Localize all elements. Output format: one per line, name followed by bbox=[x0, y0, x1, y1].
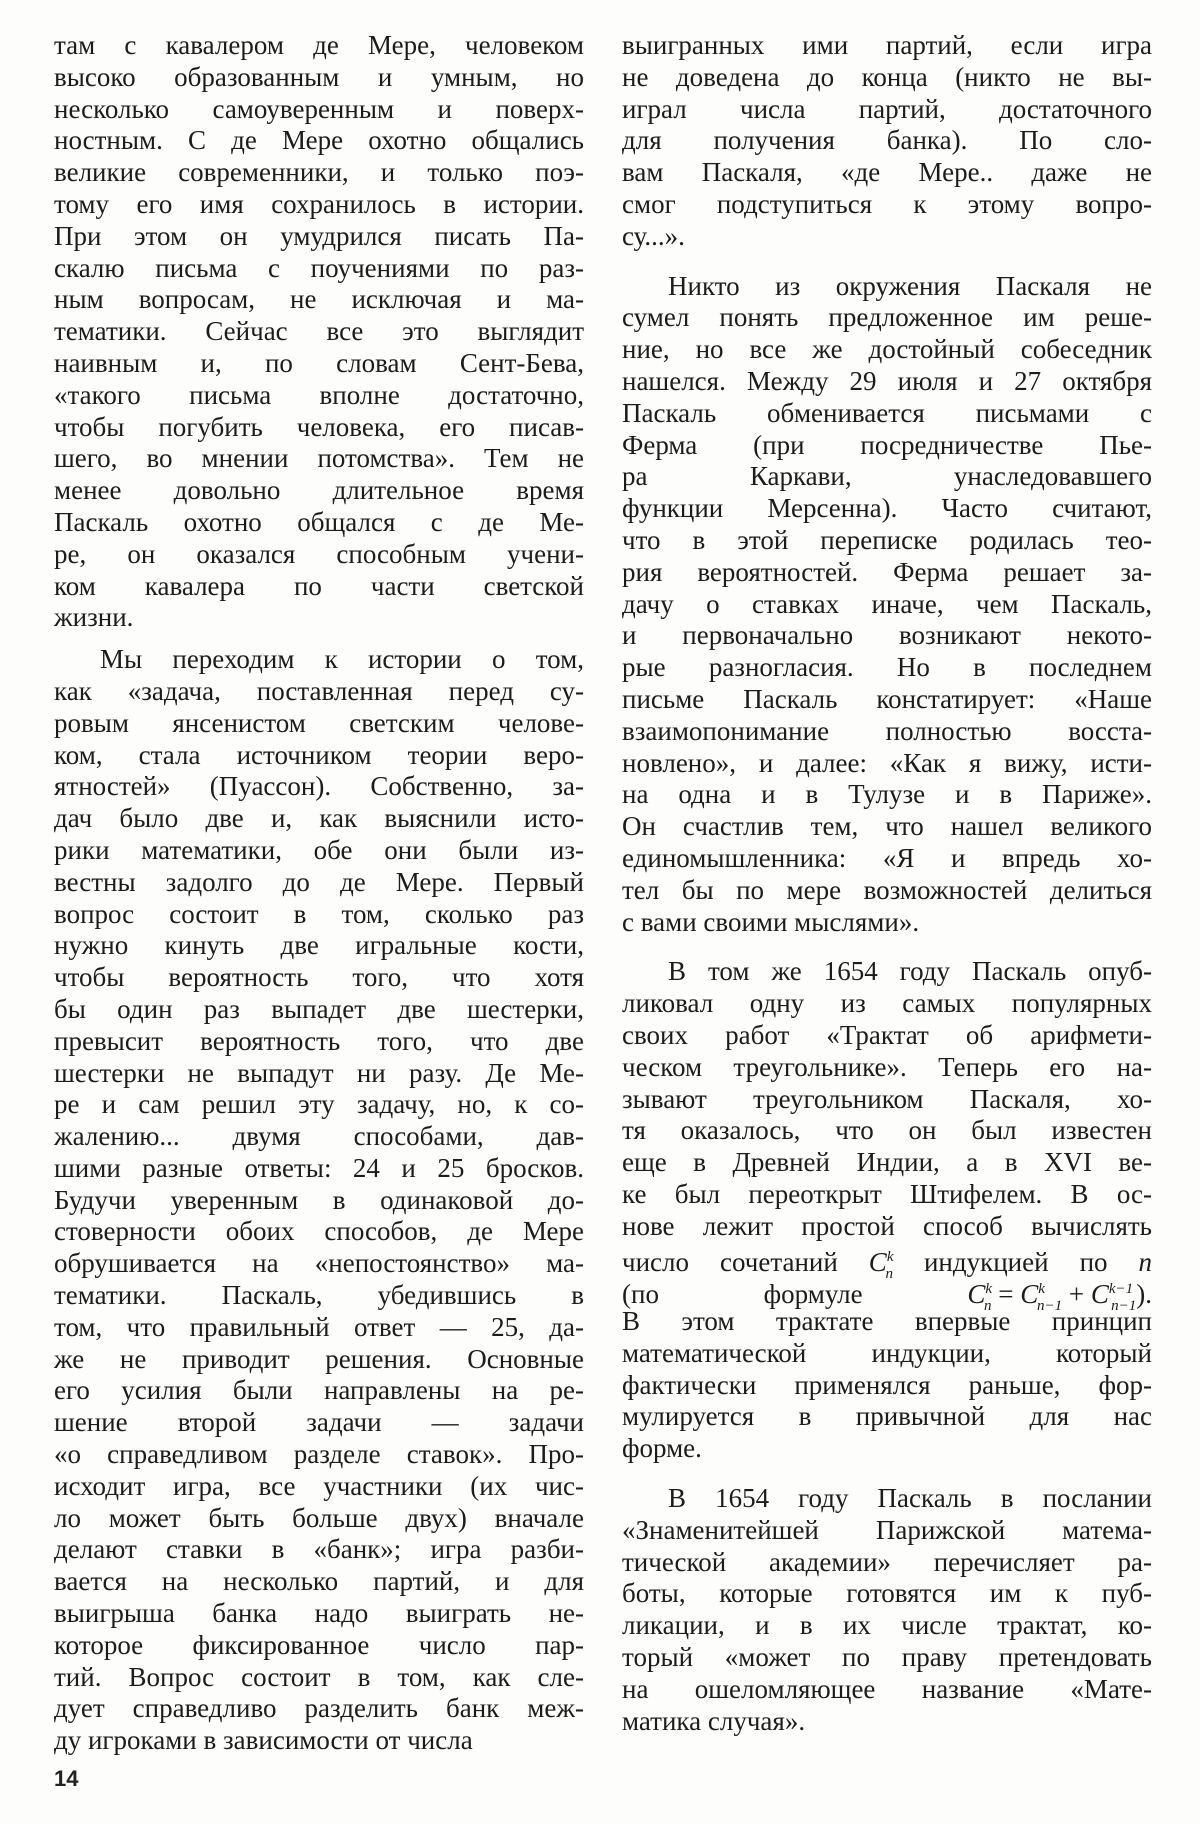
text-line: ду игроками в зависимости от числа bbox=[54, 1725, 584, 1757]
text-line: вопрос состоит в том, сколько раз bbox=[54, 899, 584, 931]
text-line: как «задача, поставленная перед су- bbox=[54, 676, 584, 708]
math-line-formula: (по формуле Ckn = Ckn−1 + Ck−1n−1). bbox=[622, 1274, 1152, 1306]
paragraph: выигранных ими партий, если игране довед… bbox=[622, 30, 1152, 253]
text-line: вестны задолго до де Мере. Первый bbox=[54, 867, 584, 899]
text-line: функции Мерсенна). Часто считают, bbox=[622, 493, 1152, 525]
paragraph: В том же 1654 году Паскаль опуб-ликовал … bbox=[622, 956, 1152, 1465]
text-line: су...». bbox=[622, 221, 1152, 253]
text-line: взаимопонимание полностью восста- bbox=[622, 716, 1152, 748]
combination-symbol: Ckn bbox=[869, 1247, 893, 1277]
text-line: Он счастлив тем, что нашел великого bbox=[622, 811, 1152, 843]
text-line: тической академии» перечисляет ра- bbox=[622, 1547, 1152, 1579]
text-line: «такого письма вполне достаточно, bbox=[54, 380, 584, 412]
math-line-combinations: число сочетаний Ckn индукцией по n bbox=[622, 1242, 1152, 1274]
paragraph: В 1654 году Паскаль в послании«Знамените… bbox=[622, 1483, 1152, 1737]
text-line: тий. Вопрос состоит в том, как сле- bbox=[54, 1662, 584, 1694]
text-line: тематики. Паскаль, убедившись в bbox=[54, 1280, 584, 1312]
text-line: стоверности обоих способов, де Мере bbox=[54, 1216, 584, 1248]
text-line: ком, стала источником теории веро- bbox=[54, 740, 584, 772]
text-line: бы один раз выпадет две шестерки, bbox=[54, 994, 584, 1026]
text-line: ра Каркави, унаследовавшего bbox=[622, 461, 1152, 493]
text-line: шего, во мнении потомства». Тем не bbox=[54, 443, 584, 475]
text-line: менее довольно длительное время bbox=[54, 475, 584, 507]
paragraph-gap bbox=[622, 1465, 1152, 1483]
text-line: дует справедливо разделить банк меж- bbox=[54, 1693, 584, 1725]
text-line: дач было две и, как выяснили исто- bbox=[54, 803, 584, 835]
text-line: В том же 1654 году Паскаль опуб- bbox=[622, 956, 1152, 988]
text-line: тел бы по мере возможностей делиться bbox=[622, 875, 1152, 907]
text-line: математической индукции, который bbox=[622, 1338, 1152, 1370]
text-line: фактически применялся раньше, фор- bbox=[622, 1370, 1152, 1402]
text-line: для получения банка). По сло- bbox=[622, 125, 1152, 157]
text-line: на одна и в Тулузе и в Париже». bbox=[622, 779, 1152, 811]
text-line: вается на несколько партий, и для bbox=[54, 1566, 584, 1598]
text-line: Никто из окружения Паскаля не bbox=[622, 271, 1152, 303]
right-column: выигранных ими партий, если игране довед… bbox=[622, 30, 1152, 1737]
text-line: рики математики, обе они были из- bbox=[54, 835, 584, 867]
text-line: превысит вероятность того, что две bbox=[54, 1026, 584, 1058]
text-line: рые разногласия. Но в последнем bbox=[622, 652, 1152, 684]
text-line: В 1654 году Паскаль в послании bbox=[622, 1483, 1152, 1515]
text-line: наивным и, по словам Сент-Бева, bbox=[54, 348, 584, 380]
page-number: 14 bbox=[54, 1766, 78, 1792]
text-line: скалю письма с поучениями по раз- bbox=[54, 253, 584, 285]
text-line: жалению... двумя способами, дав- bbox=[54, 1121, 584, 1153]
text-line: При этом он умудрился писать Па- bbox=[54, 221, 584, 253]
text-line: там с кавалером де Мере, человеком bbox=[54, 30, 584, 62]
text-line: «Знаменитейшей Парижской матема- bbox=[622, 1515, 1152, 1547]
text-line: В этом трактате впервые принцип bbox=[622, 1306, 1152, 1338]
text-line: выигрыша банка надо выиграть не- bbox=[54, 1598, 584, 1630]
text-line: его усилия были направлены на ре- bbox=[54, 1375, 584, 1407]
text-line: чтобы вероятность того, что хотя bbox=[54, 962, 584, 994]
text-line: ке был переоткрыт Штифелем. В ос- bbox=[622, 1179, 1152, 1211]
text-line: играл числа партий, достаточного bbox=[622, 94, 1152, 126]
text-line: матика случая». bbox=[622, 1706, 1152, 1738]
text-line: шение второй задачи — задачи bbox=[54, 1407, 584, 1439]
text-line: зывают треугольником Паскаля, хо- bbox=[622, 1084, 1152, 1116]
text-line: и первоначально возникают некото- bbox=[622, 620, 1152, 652]
text-line: ликации, и в их числе трактат, ко- bbox=[622, 1610, 1152, 1642]
text-line: Паскаль обменивается письмами с bbox=[622, 398, 1152, 430]
text-line: рия вероятностей. Ферма решает за- bbox=[622, 557, 1152, 589]
text-line: ровым янсенистом светским челове- bbox=[54, 708, 584, 740]
text-line: делают ставки в «банк»; игра разби- bbox=[54, 1534, 584, 1566]
text-line: мулируется в привычной для нас bbox=[622, 1401, 1152, 1433]
paragraph: Никто из окружения Паскаля несумел понят… bbox=[622, 271, 1152, 939]
text-line: торый «может по праву претендовать bbox=[622, 1642, 1152, 1674]
text-line: новлено», и далее: «Как я вижу, исти- bbox=[622, 748, 1152, 780]
text-line: смог подступиться к этому вопро- bbox=[622, 189, 1152, 221]
text-line: шими разные ответы: 24 и 25 бросков. bbox=[54, 1153, 584, 1185]
text-line: ком кавалера по части светской bbox=[54, 571, 584, 603]
paragraph: там с кавалером де Мере, человекомвысоко… bbox=[54, 30, 584, 634]
text-line: которое фиксированное число пар- bbox=[54, 1630, 584, 1662]
text-line: ло может быть больше двух) вначале bbox=[54, 1503, 584, 1535]
paragraph-gap bbox=[54, 634, 584, 644]
text-line: что в этой переписке родилась тео- bbox=[622, 525, 1152, 557]
text-line: высоко образованным и умным, но bbox=[54, 62, 584, 94]
text-line: «о справедливом разделе ставок». Про- bbox=[54, 1439, 584, 1471]
text-line: ние, но все же достойный собеседник bbox=[622, 334, 1152, 366]
text-line: ным вопросам, не исключая и ма- bbox=[54, 284, 584, 316]
text-line: боты, которые готовятся им к пуб- bbox=[622, 1578, 1152, 1610]
text-line: обрушивается на «непостоянство» ма- bbox=[54, 1248, 584, 1280]
text-line: ческом треугольнике». Теперь его на- bbox=[622, 1052, 1152, 1084]
text-line: тя оказалось, что он был известен bbox=[622, 1115, 1152, 1147]
text-line: несколько самоуверенным и поверх- bbox=[54, 94, 584, 126]
text-line: том, что правильный ответ — 25, да- bbox=[54, 1312, 584, 1344]
text-line: тому его имя сохранилось в истории. bbox=[54, 189, 584, 221]
text-line: сумел понять предложенное им реше- bbox=[622, 302, 1152, 334]
text-line: форме. bbox=[622, 1433, 1152, 1465]
text-line: ликовал одну из самых популярных bbox=[622, 988, 1152, 1020]
text-line: Паскаль охотно общался с де Ме- bbox=[54, 507, 584, 539]
text-line: Мы переходим к истории о том, bbox=[54, 644, 584, 676]
text-line: с вами своими мыслями». bbox=[622, 907, 1152, 939]
text-line: единомышленника: «Я и впредь хо- bbox=[622, 843, 1152, 875]
text-line: своих работ «Трактат об арифмети- bbox=[622, 1020, 1152, 1052]
text-line: письме Паскаль констатирует: «Наше bbox=[622, 684, 1152, 716]
text-line: выигранных ими партий, если игра bbox=[622, 30, 1152, 62]
text-line: исходит игра, все участники (их чис- bbox=[54, 1471, 584, 1503]
text-line: жизни. bbox=[54, 602, 584, 634]
text-line: нове лежит простой способ вычислять bbox=[622, 1211, 1152, 1243]
text-line: шестерки не выпадут ни разу. Де Ме- bbox=[54, 1058, 584, 1090]
paragraph: Мы переходим к истории о том,как «задача… bbox=[54, 644, 584, 1757]
text-line: вам Паскаля, «де Мере.. даже не bbox=[622, 157, 1152, 189]
text-line: не доведена до конца (никто не вы- bbox=[622, 62, 1152, 94]
text-line: нашелся. Между 29 июля и 27 октября bbox=[622, 366, 1152, 398]
left-column: там с кавалером де Мере, человекомвысоко… bbox=[54, 30, 584, 1757]
text-line: дачу о ставках иначе, чем Паскаль, bbox=[622, 589, 1152, 621]
text-line: еще в Древней Индии, а в XVI ве- bbox=[622, 1147, 1152, 1179]
text-line: Ферма (при посредничестве Пье- bbox=[622, 430, 1152, 462]
text-line: ре и сам решил эту задачу, но, к со- bbox=[54, 1089, 584, 1121]
text-line: тематики. Сейчас все это выглядит bbox=[54, 316, 584, 348]
paragraph-gap bbox=[622, 253, 1152, 271]
text-line: же не приводит решения. Основные bbox=[54, 1344, 584, 1376]
text-line: ятностей» (Пуассон). Собственно, за- bbox=[54, 771, 584, 803]
text-line: чтобы погубить человека, его писав- bbox=[54, 412, 584, 444]
text-line: Будучи уверенным в одинаковой до- bbox=[54, 1185, 584, 1217]
text-line: великие современники, и только поэ- bbox=[54, 157, 584, 189]
text-line: ре, он оказался способным учени- bbox=[54, 539, 584, 571]
text-line: на ошеломляющее название «Мате- bbox=[622, 1674, 1152, 1706]
paragraph-gap bbox=[622, 938, 1152, 956]
text-line: нужно кинуть две игральные кости, bbox=[54, 930, 584, 962]
text-line: ностным. С де Мере охотно общались bbox=[54, 125, 584, 157]
